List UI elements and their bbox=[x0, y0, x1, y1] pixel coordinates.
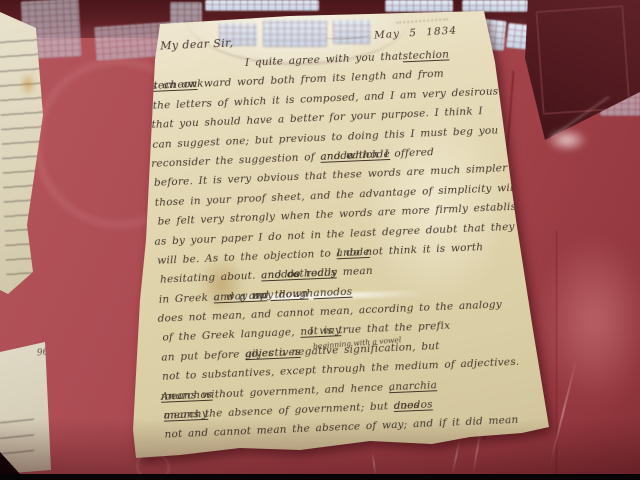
manuscript-letter: May 5 1834 My dear Sir, I quite agree wi… bbox=[128, 5, 558, 467]
museum-display-photo: 96 May 5 1834 My dear Sir, I quite agree… bbox=[0, 0, 640, 480]
card-number: 96 bbox=[36, 347, 48, 358]
letter-body: I quite agree with you that stechionstec… bbox=[149, 45, 537, 448]
letter-paper: May 5 1834 My dear Sir, I quite agree wi… bbox=[128, 5, 558, 467]
letter-text: My dear Sir, I quite agree with you that… bbox=[148, 24, 537, 448]
photo-bottom-bar bbox=[0, 474, 640, 480]
handwriting-lines bbox=[0, 408, 34, 454]
paper-stain bbox=[20, 72, 36, 96]
numbered-card: 96 bbox=[0, 342, 54, 474]
